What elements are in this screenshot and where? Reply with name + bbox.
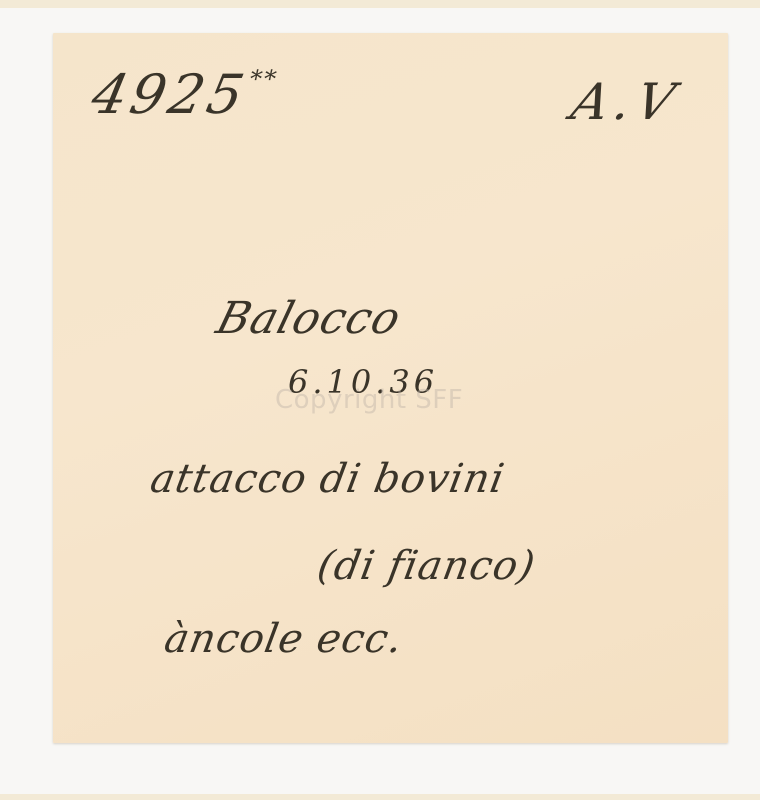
catalog-asterisks: ** — [247, 65, 281, 93]
catalog-number-value: 4925 — [86, 63, 253, 126]
catalog-number: 4925** — [86, 63, 281, 126]
description-line-1: attacco di bovini — [147, 456, 508, 502]
copyright-watermark: Copyright SFF — [275, 385, 463, 415]
bottom-edge-strip — [0, 794, 760, 800]
description-line-2: (di fianco) — [314, 543, 539, 589]
author-initials: A.V — [566, 73, 687, 131]
description-line-3: àncole ecc. — [161, 616, 407, 662]
place-name: Balocco — [211, 293, 407, 344]
top-edge-strip — [0, 0, 760, 8]
handwritten-card: 4925** A.V Balocco 6.10.36 Copyright SFF… — [53, 33, 728, 743]
